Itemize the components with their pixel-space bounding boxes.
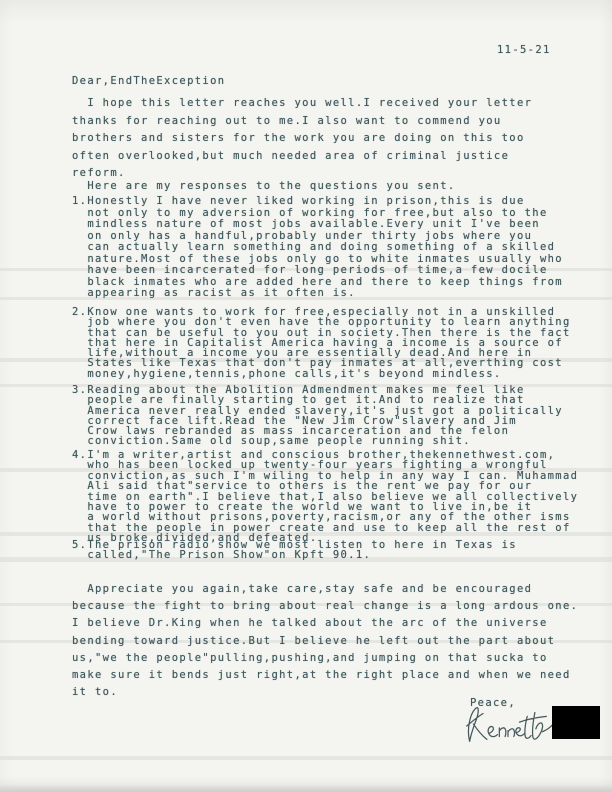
list-item-3: 3.Reading about the Abolition Admendment… <box>72 385 563 447</box>
list-item-4: 4.I'm a writer,artist and conscious brot… <box>72 450 578 544</box>
opening-paragraph: I hope this letter reaches you well.I re… <box>72 95 532 183</box>
responses-intro: Here are my responses to the questions y… <box>72 180 456 192</box>
letter-date: 11-5-21 <box>497 44 551 56</box>
redaction-box <box>552 706 600 739</box>
list-item-1: 1.Honestly I have never liked working in… <box>72 196 563 300</box>
closing-paragraph: Appreciate you again,take care,stay safe… <box>72 581 578 701</box>
list-item-2: 2.Know one wants to work for free,especi… <box>72 307 571 379</box>
salutation: Dear,EndTheException <box>72 75 225 87</box>
handwritten-signature <box>460 702 556 748</box>
scanned-letter-page: 11-5-21 Dear,EndTheException I hope this… <box>0 0 612 792</box>
paper-bottom-edge <box>0 784 612 792</box>
list-item-5: 5.The prison radio show we most listen t… <box>72 540 517 561</box>
scan-streak <box>0 756 612 760</box>
